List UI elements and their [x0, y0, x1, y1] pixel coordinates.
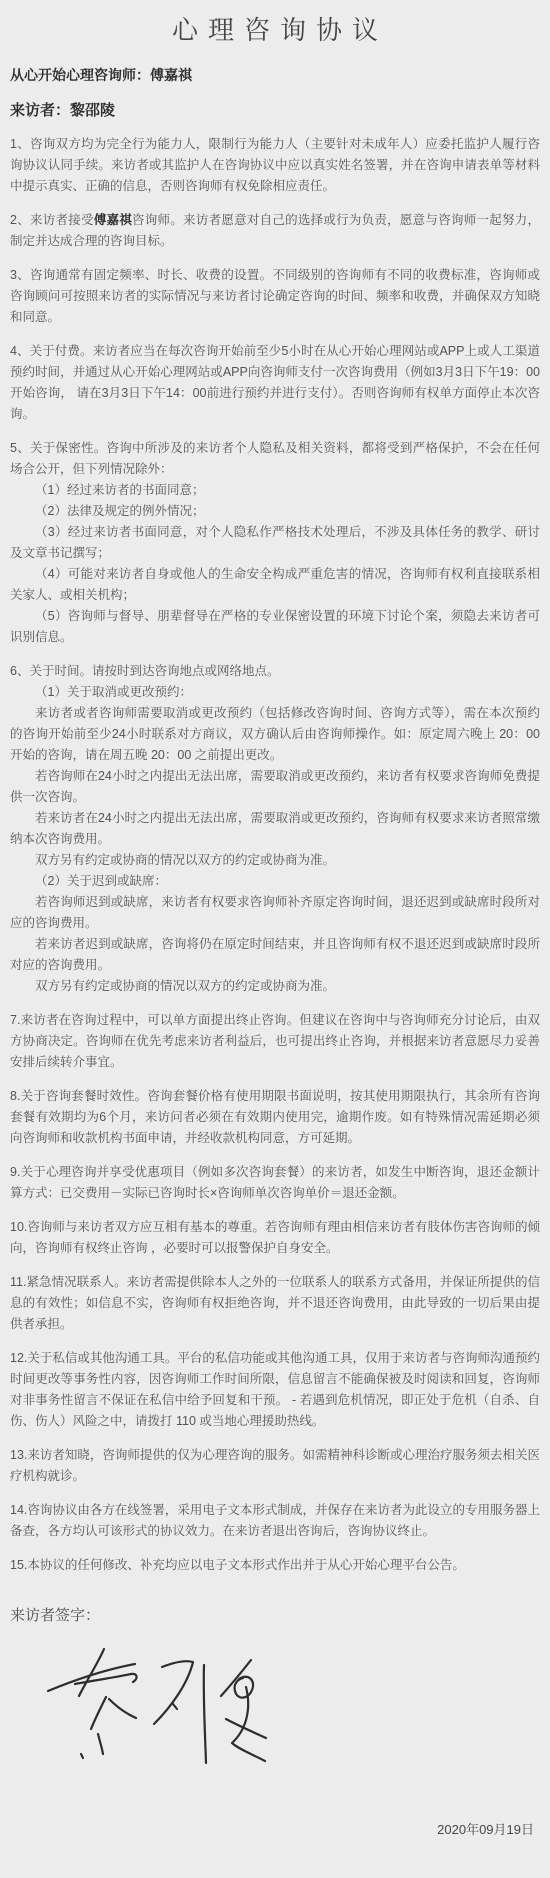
agreement-paragraph: 10.咨询师与来访者双方应互相有基本的尊重。若咨询师有理由相信来访者有肢体伤害咨… [10, 1217, 540, 1259]
counselor-name-inline: 傅嘉祺 [94, 213, 132, 227]
agreement-paragraph: 14.咨询协议由各方在线签署，采用电子文本形式制成，并保存在来访者为此设立的专用… [10, 1500, 540, 1542]
counselor-line: 从心开始心理咨询师：傅嘉祺 [10, 65, 540, 85]
page-title: 心理咨询协议 [10, 10, 540, 47]
agreement-paragraph: 6、关于时间。请按时到达咨询地点或网络地点。 [10, 661, 540, 682]
agreement-paragraph: 若来访者迟到或缺席，咨询将仍在原定时间结束，并且咨询师有权不退还迟到或缺席时段所… [10, 934, 540, 976]
client-signature [32, 1633, 540, 1783]
agreement-paragraph: 2、来访者接受傅嘉祺咨询师。来访者愿意对自己的选择或行为负责，愿意与咨询师一起努… [10, 210, 540, 252]
agreement-paragraph: 7.来访者在咨询过程中，可以单方面提出终止咨询。但建议在咨询中与咨询师充分讨论后… [10, 1010, 540, 1073]
agreement-paragraph: （3）经过来访者书面同意，对个人隐私作严格技术处理后，不涉及具体任务的教学、研讨… [10, 522, 540, 564]
agreement-paragraph: 15.本协议的任何修改、补充均应以电子文本形式作出并于从心开始心理平台公告。 [10, 1555, 540, 1576]
sign-date: 2020年09月19日 [10, 1819, 534, 1838]
agreement-paragraph: （2）法律及规定的例外情况； [10, 501, 540, 522]
agreement-paragraph: 1、咨询双方均为完全行为能力人，限制行为能力人（主要针对未成年人）应委托监护人履… [10, 134, 540, 197]
agreement-paragraph: 8.关于咨询套餐时效性。咨询套餐价格有使用期限书面说明，按其使用期限执行，其余所… [10, 1086, 540, 1149]
agreement-paragraph: 若咨询师迟到或缺席，来访者有权要求咨询师补齐原定咨询时间，退还迟到或缺席时段所对… [10, 892, 540, 934]
agreement-paragraph: 若来访者在24小时之内提出无法出席，需要取消或更改预约，咨询师有权要求来访者照常… [10, 808, 540, 850]
agreement-paragraph: 13.来访者知晓，咨询师提供的仅为心理咨询的服务。如需精神科诊断或心理治疗服务须… [10, 1445, 540, 1487]
agreement-paragraph: 4、关于付费。来访者应当在每次咨询开始前至少5小时在从心开始心理网站或APP上或… [10, 341, 540, 425]
agreement-paragraph: 3、咨询通常有固定频率、时长、收费的设置。不同级别的咨询师有不同的收费标准，咨询… [10, 265, 540, 328]
agreement-document: 心理咨询协议 从心开始心理咨询师：傅嘉祺 来访者：黎邵陵 1、咨询双方均为完全行… [0, 0, 550, 1878]
agreement-paragraph: 9.关于心理咨询并享受优惠项目（例如多次咨询套餐）的来访者，如发生中断咨询，退还… [10, 1162, 540, 1204]
agreement-paragraph: （5）咨询师与督导、朋辈督导在严格的专业保密设置的环境下讨论个案，须隐去来访者可… [10, 606, 540, 648]
agreement-paragraph: 双方另有约定或协商的情况以双方的约定或协商为准。 [10, 850, 540, 871]
agreement-paragraph: （1）经过来访者的书面同意； [10, 480, 540, 501]
agreement-paragraph: （1）关于取消或更改预约： [10, 682, 540, 703]
agreement-paragraph: （4）可能对来访者自身或他人的生命安全构成严重危害的情况，咨询师有权利直接联系相… [10, 564, 540, 606]
client-line: 来访者：黎邵陵 [10, 99, 540, 120]
agreement-paragraph: 若咨询师在24小时之内提出无法出席，需要取消或更改预约，来访者有权要求咨询师免费… [10, 766, 540, 808]
signature-label: 来访者签字： [10, 1604, 540, 1625]
agreement-paragraph: 双方另有约定或协商的情况以双方的约定或协商为准。 [10, 976, 540, 997]
agreement-paragraph: 12.关于私信或其他沟通工具。平台的私信功能或其他沟通工具，仅用于来访者与咨询师… [10, 1348, 540, 1432]
agreement-terms: 1、咨询双方均为完全行为能力人，限制行为能力人（主要针对未成年人）应委托监护人履… [10, 134, 540, 1576]
agreement-paragraph: （2）关于迟到或缺席： [10, 871, 540, 892]
client-signature-handwriting-icon [32, 1633, 282, 1783]
agreement-paragraph: 来访者或者咨询师需要取消或更改预约（包括修改咨询时间、咨询方式等），需在本次预约… [10, 703, 540, 766]
agreement-page: { "title": "心理咨询协议", "parties": { "couns… [0, 0, 550, 1878]
agreement-paragraph: 11.紧急情况联系人。来访者需提供除本人之外的一位联系人的联系方式备用，并保证所… [10, 1272, 540, 1335]
paragraph-text: 2、来访者接受 [10, 213, 94, 227]
agreement-paragraph: 5、关于保密性。咨询中所涉及的来访者个人隐私及相关资料，都将受到严格保护，不会在… [10, 438, 540, 480]
